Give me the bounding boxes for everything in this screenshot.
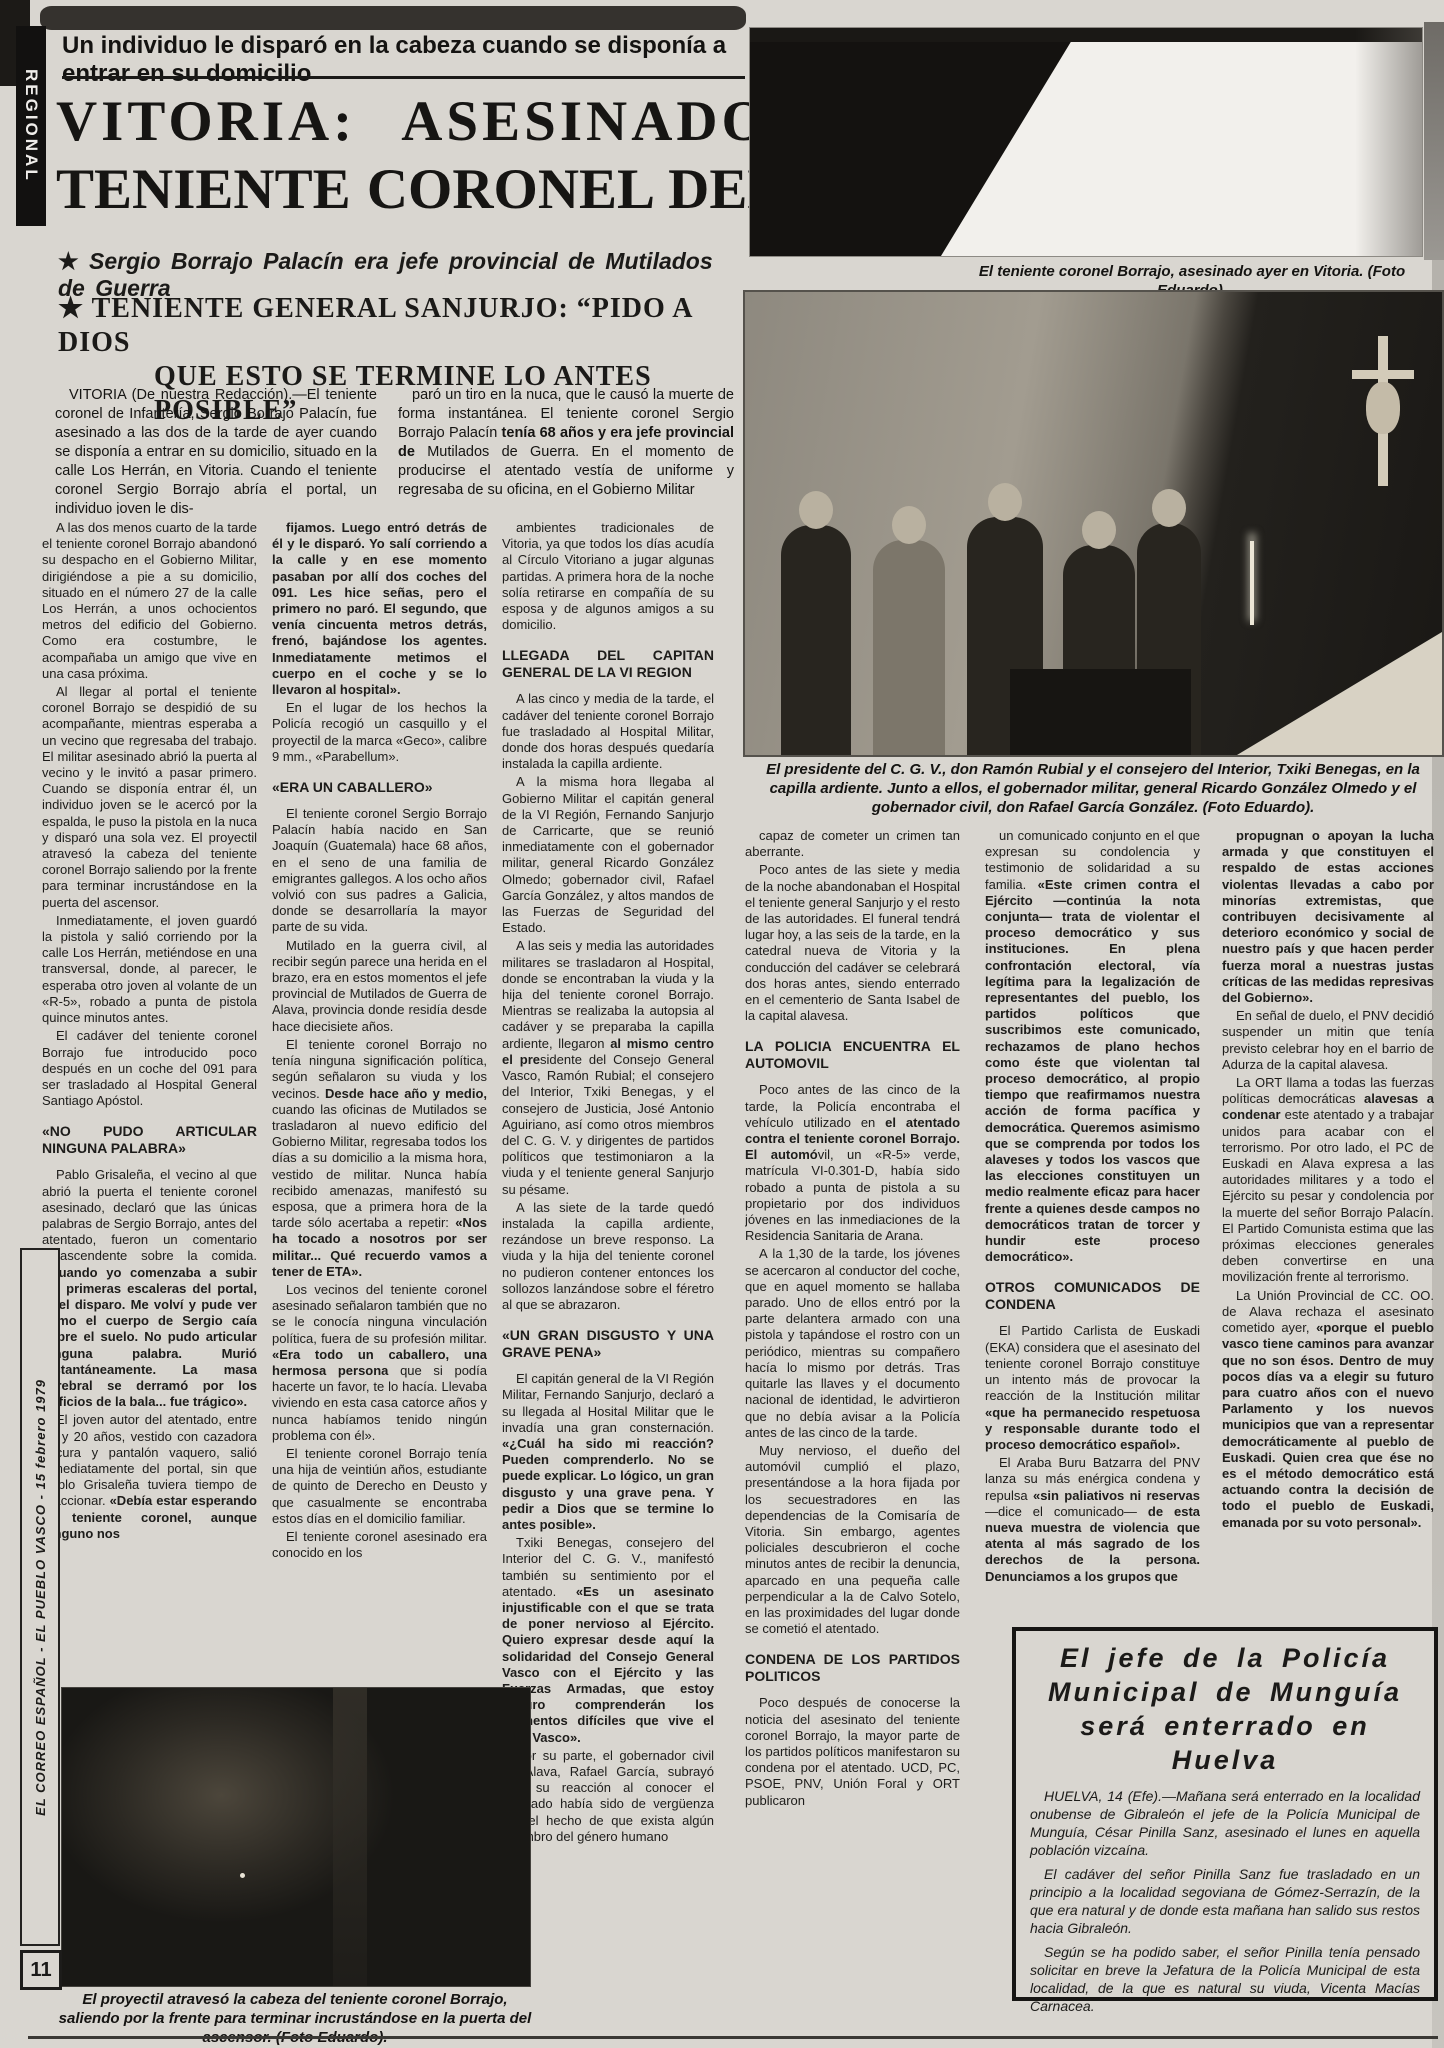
article-column-1: A las dos menos cuarto de la tarde el te… (42, 520, 257, 1670)
sidebox-paragraph: Según se ha podido saber, el señor Pinil… (1030, 1943, 1420, 2015)
article-paragraph: ambientes tradicionales de Vitoria, ya q… (502, 520, 714, 633)
lead-paragraph-b: paró un tiro en la nuca, que le causó la… (398, 386, 734, 514)
scan-edge-right (1424, 22, 1444, 260)
article-paragraph: En señal de duelo, el PNV decidió suspen… (1222, 1008, 1434, 1073)
section-header: «UN GRAN DISGUSTO Y UNA GRAVE PENA» (502, 1327, 714, 1361)
section-header: LLEGADA DEL CAPITAN GENERAL DE LA VI REG… (502, 647, 714, 681)
section-header: CONDENA DE LOS PARTIDOS POLITICOS (745, 1651, 960, 1685)
star-icon: ★ (58, 293, 84, 324)
article-paragraph: El teniente coronel asesinado era conoci… (272, 1529, 487, 1561)
candle (1250, 541, 1254, 625)
portal-photo (62, 1688, 530, 1986)
article-column-5: un comunicado conjunto en el que expresa… (985, 828, 1200, 1620)
headline-line1: VITORIA: ASESINADO UN (56, 92, 746, 152)
article-column-6: propugnan o apoyan la lucha armada y que… (1222, 828, 1434, 1608)
section-header: OTROS COMUNICADOS DE CONDENA (985, 1279, 1200, 1313)
scan-smear-top (40, 6, 746, 30)
article-paragraph: un comunicado conjunto en el que expresa… (985, 828, 1200, 1265)
section-tab-regional: REGIONAL (16, 26, 46, 226)
article-paragraph: Txiki Benegas, consejero del Interior de… (502, 1535, 714, 1746)
page-number: 11 (20, 1950, 62, 1990)
article-paragraph: A las dos menos cuarto de la tarde el te… (42, 520, 257, 682)
portal-streak (333, 1688, 367, 1986)
chapel-table (1010, 669, 1191, 755)
crucifix (1378, 336, 1388, 486)
sidebox-body: HUELVA, 14 (Efe).—Mañana será enterrado … (1030, 1787, 1420, 2015)
article-paragraph: A la misma hora llegaba al Gobierno Mili… (502, 774, 714, 936)
article-paragraph: El joven autor del atentado, entre 18 y … (42, 1412, 257, 1542)
portal-highlight (240, 1873, 245, 1878)
article-paragraph: El teniente coronel Borrajo tenía una hi… (272, 1446, 487, 1527)
kicker-rule (62, 76, 745, 79)
article-paragraph: A la 1,30 de la tarde, los jóvenes se ac… (745, 1246, 960, 1440)
coffin-drape (1192, 605, 1442, 755)
article-paragraph: A las cinco y media de la tarde, el cadá… (502, 691, 714, 772)
kicker-line: Un individuo le disparó en la cabeza cua… (62, 32, 746, 88)
article-paragraph: Inmediatamente, el joven guardó la pisto… (42, 913, 257, 1026)
sidebox-paragraph: HUELVA, 14 (Efe).—Mañana será enterrado … (1030, 1787, 1420, 1859)
article-paragraph: El Araba Buru Batzarra del PNV lanza su … (985, 1455, 1200, 1585)
article-paragraph: capaz de cometer un crimen tan aberrante… (745, 828, 960, 860)
edition-strip-label: EL CORREO ESPAÑOL - EL PUEBLO VASCO - 15… (33, 1379, 48, 1816)
star-icon: ★ (58, 248, 79, 274)
article-paragraph: Poco antes de las cinco de la tarde, la … (745, 1082, 960, 1244)
article-paragraph: El teniente coronel Sergio Borrajo Palac… (272, 806, 487, 936)
article-paragraph: El capitán general de la VI Región Milit… (502, 1371, 714, 1533)
article-paragraph: Mutilado en la guerra civil, al recibir … (272, 938, 487, 1035)
article-paragraph: fijamos. Luego entró detrás de él y le d… (272, 520, 487, 698)
article-paragraph: Por su parte, el gobernador civil de Ala… (502, 1748, 714, 1845)
article-paragraph: Muy nervioso, el dueño del automóvil cum… (745, 1443, 960, 1637)
photo-top-strip (750, 28, 1422, 42)
edition-strip: EL CORREO ESPAÑOL - EL PUEBLO VASCO - 15… (20, 1248, 60, 1946)
photo-shadow-area (750, 28, 1079, 256)
article-paragraph: La ORT llama a todas las fuerzas polític… (1222, 1075, 1434, 1286)
article-paragraph: Los vecinos del teniente coronel asesina… (272, 1282, 487, 1444)
article-paragraph: Al llegar al portal el teniente coronel … (42, 684, 257, 911)
article-paragraph: Poco después de conocerse la noticia del… (745, 1695, 960, 1808)
newspaper-page: REGIONAL Un individuo le disparó en la c… (0, 0, 1444, 2048)
article-paragraph: El teniente coronel Borrajo no tenía nin… (272, 1037, 487, 1280)
sidebox-munguia: El jefe de la PolicíaMunicipal de Munguí… (1012, 1627, 1438, 2001)
article-paragraph: El Partido Carlista de Euskadi (EKA) con… (985, 1323, 1200, 1453)
article-column-3: ambientes tradicionales de Vitoria, ya q… (502, 520, 714, 2015)
article-column-2: fijamos. Luego entró detrás de él y le d… (272, 520, 487, 1675)
section-header: «ERA UN CABALLERO» (272, 779, 487, 796)
section-header: «NO PUDO ARTICULAR NINGUNA PALABRA» (42, 1123, 257, 1157)
article-paragraph: A las seis y media las autoridades milit… (502, 938, 714, 1197)
article-column-4: capaz de cometer un crimen tan aberrante… (745, 828, 960, 2020)
headline-line2: TENIENTE CORONEL DEL EJERCITO (56, 160, 746, 220)
mourner-figure (873, 540, 945, 755)
sidebox-title: El jefe de la PolicíaMunicipal de Munguí… (1030, 1641, 1420, 1777)
chapel-photo (745, 292, 1442, 755)
article-paragraph: La Unión Provincial de CC. OO. de Alava … (1222, 1288, 1434, 1531)
photo-edge-shade (1355, 28, 1422, 256)
article-paragraph: Poco antes de las siete y media de la no… (745, 862, 960, 1024)
mourner-figure (781, 525, 851, 755)
chapel-photo-caption: El presidente del C. G. V., don Ramón Ru… (748, 760, 1438, 817)
sidebox-paragraph: El cadáver del señor Pinilla Sanz fue tr… (1030, 1865, 1420, 1937)
article-paragraph: En el lugar de los hechos la Policía rec… (272, 700, 487, 765)
bottom-rule (28, 2036, 1438, 2039)
article-paragraph: A las siete de la tarde quedó instalada … (502, 1200, 714, 1313)
article-paragraph: El cadáver del teniente coronel Borrajo … (42, 1028, 257, 1109)
portrait-photo (750, 28, 1422, 256)
article-paragraph: Pablo Grisaleña, el vecino al que abrió … (42, 1167, 257, 1410)
section-tab-label: REGIONAL (21, 69, 41, 183)
lead-paragraph-a: VITORIA (De nuestra Redacción).—El tenie… (55, 386, 377, 514)
section-header: LA POLICIA ENCUENTRA EL AUTOMOVIL (745, 1038, 960, 1072)
article-paragraph: propugnan o apoyan la lucha armada y que… (1222, 828, 1434, 1006)
